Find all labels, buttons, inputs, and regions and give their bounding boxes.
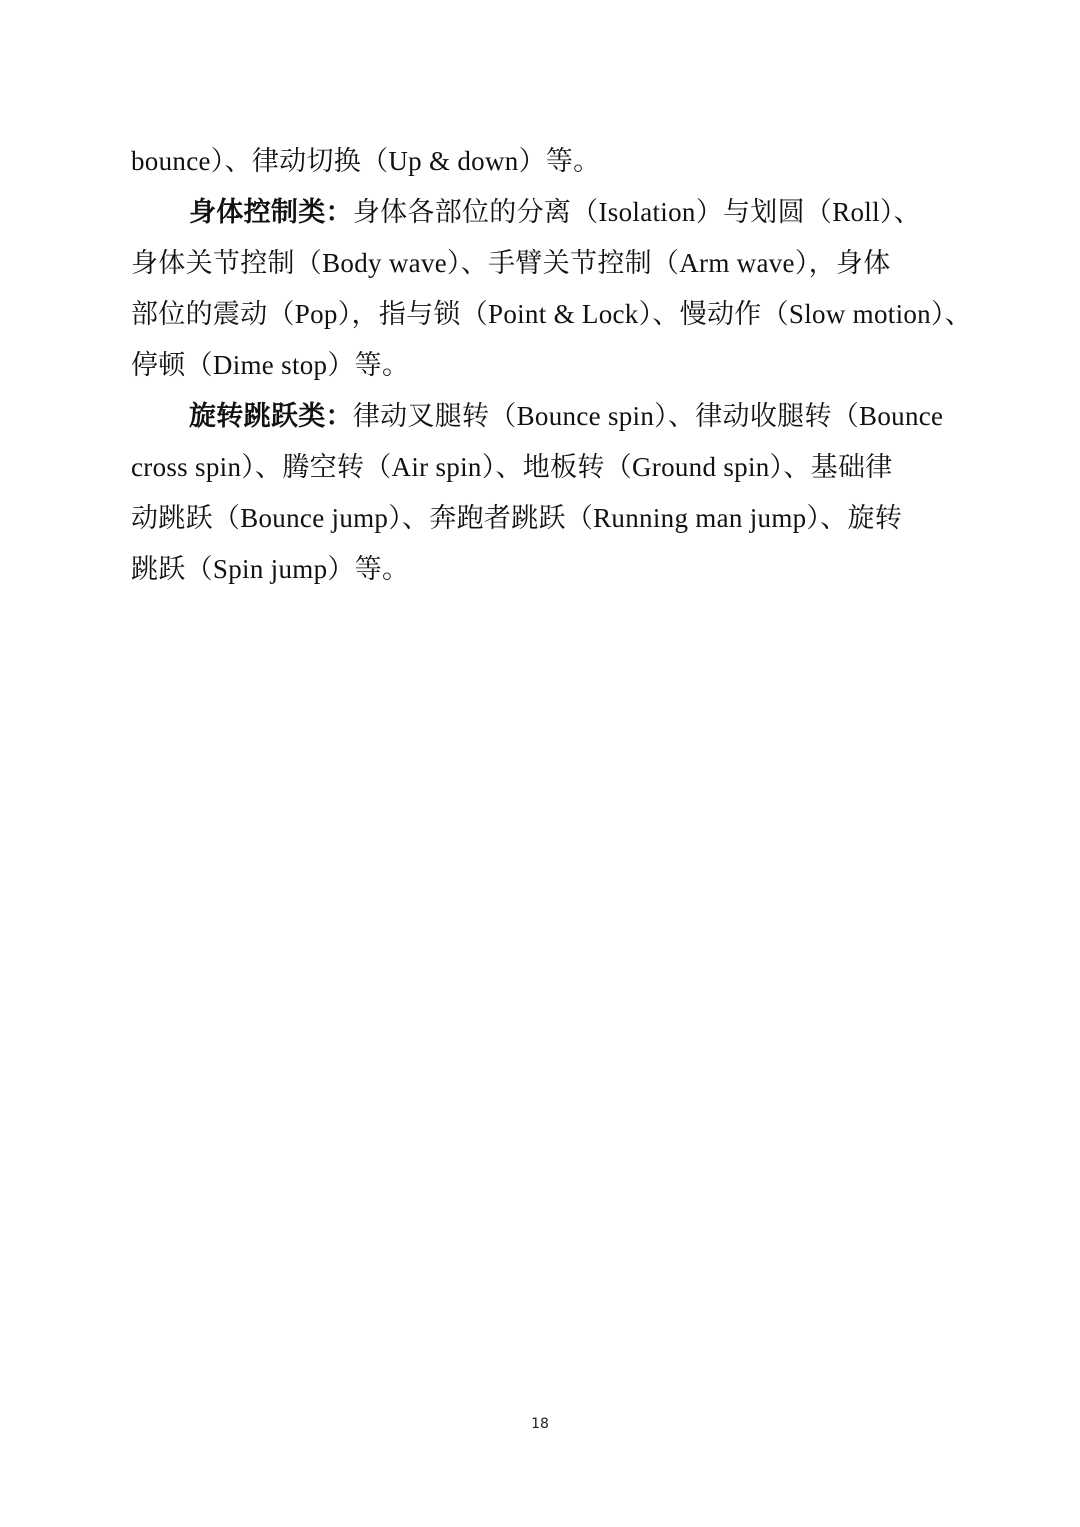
body-text: bounce）、律动切换（Up & down）等。 身体控制类：身体各部位的分离… [131, 136, 947, 595]
text-line: 停顿（Dime stop）等。 [131, 340, 947, 391]
text-line: 跳跃（Spin jump）等。 [131, 544, 947, 595]
section-heading-spin-jump: 旋转跳跃类： [189, 401, 353, 431]
line-text: 跳跃（Spin jump）等。 [131, 554, 409, 584]
line-text: 律动叉腿转（Bounce spin）、律动收腿转（Bounce [353, 401, 944, 431]
document-page: bounce）、律动切换（Up & down）等。 身体控制类：身体各部位的分离… [0, 0, 1080, 1527]
text-line: 身体关节控制（Body wave）、手臂关节控制（Arm wave），身体 [131, 238, 947, 289]
text-line: cross spin）、腾空转（Air spin）、地板转（Ground spi… [131, 442, 947, 493]
section-heading-body-control: 身体控制类： [189, 197, 353, 227]
paragraph-body-control: 身体控制类：身体各部位的分离（Isolation）与划圆（Roll）、 [131, 187, 947, 238]
line-text: bounce）、律动切换（Up & down）等。 [131, 146, 600, 176]
line-text: 动跳跃（Bounce jump）、奔跑者跳跃（Running man jump）… [131, 503, 902, 533]
page-number: 18 [0, 1416, 1080, 1432]
line-text: 身体关节控制（Body wave）、手臂关节控制（Arm wave），身体 [131, 248, 891, 278]
line-text: 身体各部位的分离（Isolation）与划圆（Roll）、 [353, 197, 921, 227]
line-text: 部位的震动（Pop），指与锁（Point & Lock）、慢动作（Slow mo… [131, 299, 972, 329]
text-line: 部位的震动（Pop），指与锁（Point & Lock）、慢动作（Slow mo… [131, 289, 947, 340]
line-text: cross spin）、腾空转（Air spin）、地板转（Ground spi… [131, 452, 893, 482]
paragraph-spin-jump: 旋转跳跃类：律动叉腿转（Bounce spin）、律动收腿转（Bounce [131, 391, 947, 442]
line-text: 停顿（Dime stop）等。 [131, 350, 409, 380]
text-line: 动跳跃（Bounce jump）、奔跑者跳跃（Running man jump）… [131, 493, 947, 544]
text-line: bounce）、律动切换（Up & down）等。 [131, 136, 947, 187]
